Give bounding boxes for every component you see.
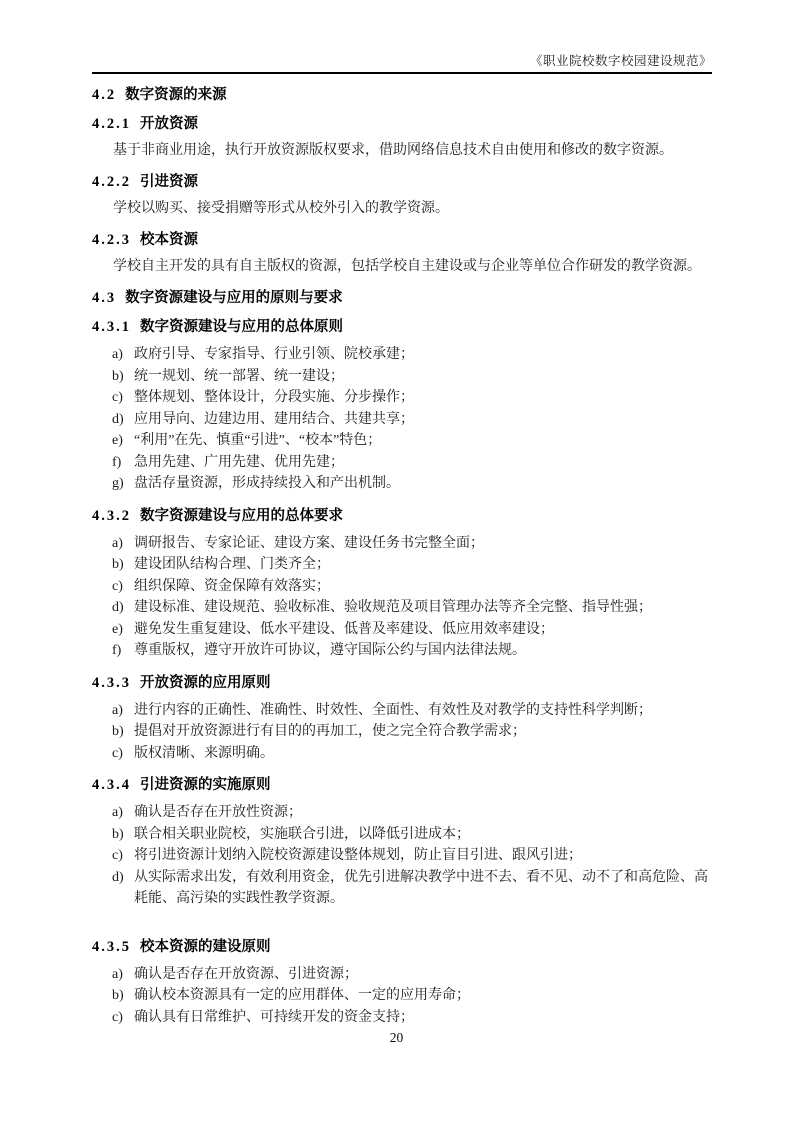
item-marker: c)	[112, 1007, 134, 1029]
section-heading-4.3.3: 4.3.3开放资源的应用原则	[92, 675, 712, 691]
item-marker: a)	[112, 964, 134, 986]
item-text: “利用”在先、慎重“引进”、“校本”特色；	[134, 430, 712, 452]
section-number: 4.3.3	[92, 675, 131, 691]
document-page: 《职业院校数字校园建设规范》 4.2数字资源的来源4.2.1开放资源基于非商业用…	[0, 0, 793, 1122]
item-text: 组织保障、资金保障有效落实；	[134, 576, 712, 598]
list-item: c)组织保障、资金保障有效落实；	[92, 576, 712, 598]
section-heading-4.3.4: 4.3.4引进资源的实施原则	[92, 777, 712, 793]
item-text: 建设标准、建设规范、验收标准、验收规范及项目管理办法等齐全完整、指导性强；	[134, 597, 712, 619]
item-text: 政府引导、专家指导、行业引领、院校承建；	[134, 344, 712, 366]
item-marker: a)	[112, 344, 134, 366]
item-text: 从实际需求出发，有效利用资金，优先引进解决教学中进不去、看不见、动不了和高危险、…	[134, 867, 712, 910]
list-item: d)从实际需求出发，有效利用资金，优先引进解决教学中进不去、看不见、动不了和高危…	[92, 867, 712, 910]
list-item: c)将引进资源计划纳入院校资源建设整体规划，防止盲目引进、跟风引进；	[92, 845, 712, 867]
section-heading-4.2: 4.2数字资源的来源	[92, 87, 712, 103]
list-item: b)建设团队结构合理、门类齐全；	[92, 554, 712, 576]
list-item: a)政府引导、专家指导、行业引领、院校承建；	[92, 344, 712, 366]
section-number: 4.3.5	[92, 939, 131, 955]
item-text: 避免发生重复建设、低水平建设、低普及率建设、低应用效率建设；	[134, 619, 712, 641]
paragraph: 基于非商业用途，执行开放资源版权要求，借助网络信息技术自由使用和修改的数字资源。	[92, 141, 712, 161]
item-marker: c)	[112, 387, 134, 409]
section-number: 4.3.1	[92, 319, 131, 335]
list-item: a)确认是否存在开放性资源；	[92, 802, 712, 824]
section-heading-4.3: 4.3数字资源建设与应用的原则与要求	[92, 290, 712, 306]
list-item: a)确认是否存在开放资源、引进资源；	[92, 964, 712, 986]
list-item: b)确认校本资源具有一定的应用群体、一定的应用寿命；	[92, 985, 712, 1007]
item-text: 统一规划、统一部署、统一建设；	[134, 366, 712, 388]
list-item: g)盘活存量资源，形成持续投入和产出机制。	[92, 473, 712, 495]
section-number: 4.2.2	[92, 174, 131, 190]
section-number: 4.3.4	[92, 777, 131, 793]
section-heading-4.2.2: 4.2.2引进资源	[92, 174, 712, 190]
list-item: a)调研报告、专家论证、建设方案、建设任务书完整全面；	[92, 533, 712, 555]
section-title: 校本资源的建设原则	[140, 939, 271, 955]
section-heading-4.3.5: 4.3.5校本资源的建设原则	[92, 939, 712, 955]
list-item: c)版权清晰、来源明确。	[92, 743, 712, 765]
paragraph: 学校以购买、接受捐赠等形式从校外引入的教学资源。	[92, 199, 712, 219]
section-number: 4.3	[92, 290, 116, 306]
list-item: e)“利用”在先、慎重“引进”、“校本”特色；	[92, 430, 712, 452]
item-marker: f)	[112, 452, 134, 474]
item-marker: b)	[112, 721, 134, 743]
item-marker: f)	[112, 640, 134, 662]
section-number: 4.2.3	[92, 232, 131, 248]
item-marker: a)	[112, 533, 134, 555]
page-header: 《职业院校数字校园建设规范》	[92, 53, 712, 74]
section-title: 数字资源建设与应用的总体原则	[140, 319, 343, 335]
item-text: 将引进资源计划纳入院校资源建设整体规划，防止盲目引进、跟风引进；	[134, 845, 712, 867]
item-text: 进行内容的正确性、准确性、时效性、全面性、有效性及对教学的支持性科学判断；	[134, 700, 712, 722]
item-text: 建设团队结构合理、门类齐全；	[134, 554, 712, 576]
section-number: 4.3.2	[92, 508, 131, 524]
section-title: 校本资源	[140, 232, 198, 248]
list-item: d)建设标准、建设规范、验收标准、验收规范及项目管理办法等齐全完整、指导性强；	[92, 597, 712, 619]
section-heading-4.2.3: 4.2.3校本资源	[92, 232, 712, 248]
document-title: 《职业院校数字校园建设规范》	[530, 54, 712, 68]
section-heading-4.2.1: 4.2.1开放资源	[92, 116, 712, 132]
item-text: 联合相关职业院校，实施联合引进，以降低引进成本；	[134, 824, 712, 846]
item-marker: d)	[112, 409, 134, 431]
item-marker: a)	[112, 802, 134, 824]
paragraph: 学校自主开发的具有自主版权的资源，包括学校自主建设或与企业等单位合作研发的教学资…	[92, 257, 712, 277]
section-heading-4.3.2: 4.3.2数字资源建设与应用的总体要求	[92, 508, 712, 524]
section-number: 4.2	[92, 87, 116, 103]
item-text: 盘活存量资源，形成持续投入和产出机制。	[134, 473, 712, 495]
item-marker: g)	[112, 473, 134, 495]
list-item: b)联合相关职业院校，实施联合引进，以降低引进成本；	[92, 824, 712, 846]
item-marker: d)	[112, 867, 134, 910]
list-item: d)应用导向、边建边用、建用结合、共建共享；	[92, 409, 712, 431]
section-title: 开放资源的应用原则	[140, 675, 271, 691]
item-list: a)确认是否存在开放性资源；b)联合相关职业院校，实施联合引进，以降低引进成本；…	[92, 802, 712, 910]
item-text: 确认校本资源具有一定的应用群体、一定的应用寿命；	[134, 985, 712, 1007]
list-item: c)确认具有日常维护、可持续开发的资金支持；	[92, 1007, 712, 1029]
list-item: f)尊重版权，遵守开放许可协议，遵守国际公约与国内法律法规。	[92, 640, 712, 662]
section-title: 开放资源	[140, 116, 198, 132]
item-text: 调研报告、专家论证、建设方案、建设任务书完整全面；	[134, 533, 712, 555]
document-body: 4.2数字资源的来源4.2.1开放资源基于非商业用途，执行开放资源版权要求，借助…	[92, 87, 712, 1028]
section-title: 引进资源的实施原则	[140, 777, 271, 793]
item-text: 确认是否存在开放资源、引进资源；	[134, 964, 712, 986]
section-heading-4.3.1: 4.3.1数字资源建设与应用的总体原则	[92, 319, 712, 335]
section-title: 数字资源的来源	[125, 87, 227, 103]
section-spacer	[92, 912, 712, 926]
page-footer: 20	[0, 1030, 793, 1046]
item-marker: d)	[112, 597, 134, 619]
section-title: 数字资源建设与应用的原则与要求	[125, 290, 343, 306]
section-number: 4.2.1	[92, 116, 131, 132]
item-marker: c)	[112, 845, 134, 867]
item-text: 急用先建、广用先建、优用先建；	[134, 452, 712, 474]
item-marker: b)	[112, 985, 134, 1007]
item-list: a)进行内容的正确性、准确性、时效性、全面性、有效性及对教学的支持性科学判断；b…	[92, 700, 712, 765]
item-marker: b)	[112, 366, 134, 388]
item-marker: e)	[112, 619, 134, 641]
list-item: e)避免发生重复建设、低水平建设、低普及率建设、低应用效率建设；	[92, 619, 712, 641]
page-number: 20	[390, 1030, 404, 1045]
item-list: a)调研报告、专家论证、建设方案、建设任务书完整全面；b)建设团队结构合理、门类…	[92, 533, 712, 662]
list-item: f)急用先建、广用先建、优用先建；	[92, 452, 712, 474]
item-marker: c)	[112, 576, 134, 598]
item-text: 确认具有日常维护、可持续开发的资金支持；	[134, 1007, 712, 1029]
list-item: c)整体规划、整体设计，分段实施、分步操作；	[92, 387, 712, 409]
item-list: a)确认是否存在开放资源、引进资源；b)确认校本资源具有一定的应用群体、一定的应…	[92, 964, 712, 1029]
item-marker: b)	[112, 554, 134, 576]
list-item: a)进行内容的正确性、准确性、时效性、全面性、有效性及对教学的支持性科学判断；	[92, 700, 712, 722]
section-title: 引进资源	[140, 174, 198, 190]
item-text: 版权清晰、来源明确。	[134, 743, 712, 765]
list-item: b)提倡对开放资源进行有目的的再加工，使之完全符合教学需求；	[92, 721, 712, 743]
item-marker: c)	[112, 743, 134, 765]
section-title: 数字资源建设与应用的总体要求	[140, 508, 343, 524]
item-marker: e)	[112, 430, 134, 452]
list-item: b)统一规划、统一部署、统一建设；	[92, 366, 712, 388]
item-list: a)政府引导、专家指导、行业引领、院校承建；b)统一规划、统一部署、统一建设；c…	[92, 344, 712, 495]
item-marker: a)	[112, 700, 134, 722]
item-text: 应用导向、边建边用、建用结合、共建共享；	[134, 409, 712, 431]
item-text: 确认是否存在开放性资源；	[134, 802, 712, 824]
item-text: 提倡对开放资源进行有目的的再加工，使之完全符合教学需求；	[134, 721, 712, 743]
item-text: 尊重版权，遵守开放许可协议，遵守国际公约与国内法律法规。	[134, 640, 712, 662]
item-marker: b)	[112, 824, 134, 846]
item-text: 整体规划、整体设计，分段实施、分步操作；	[134, 387, 712, 409]
